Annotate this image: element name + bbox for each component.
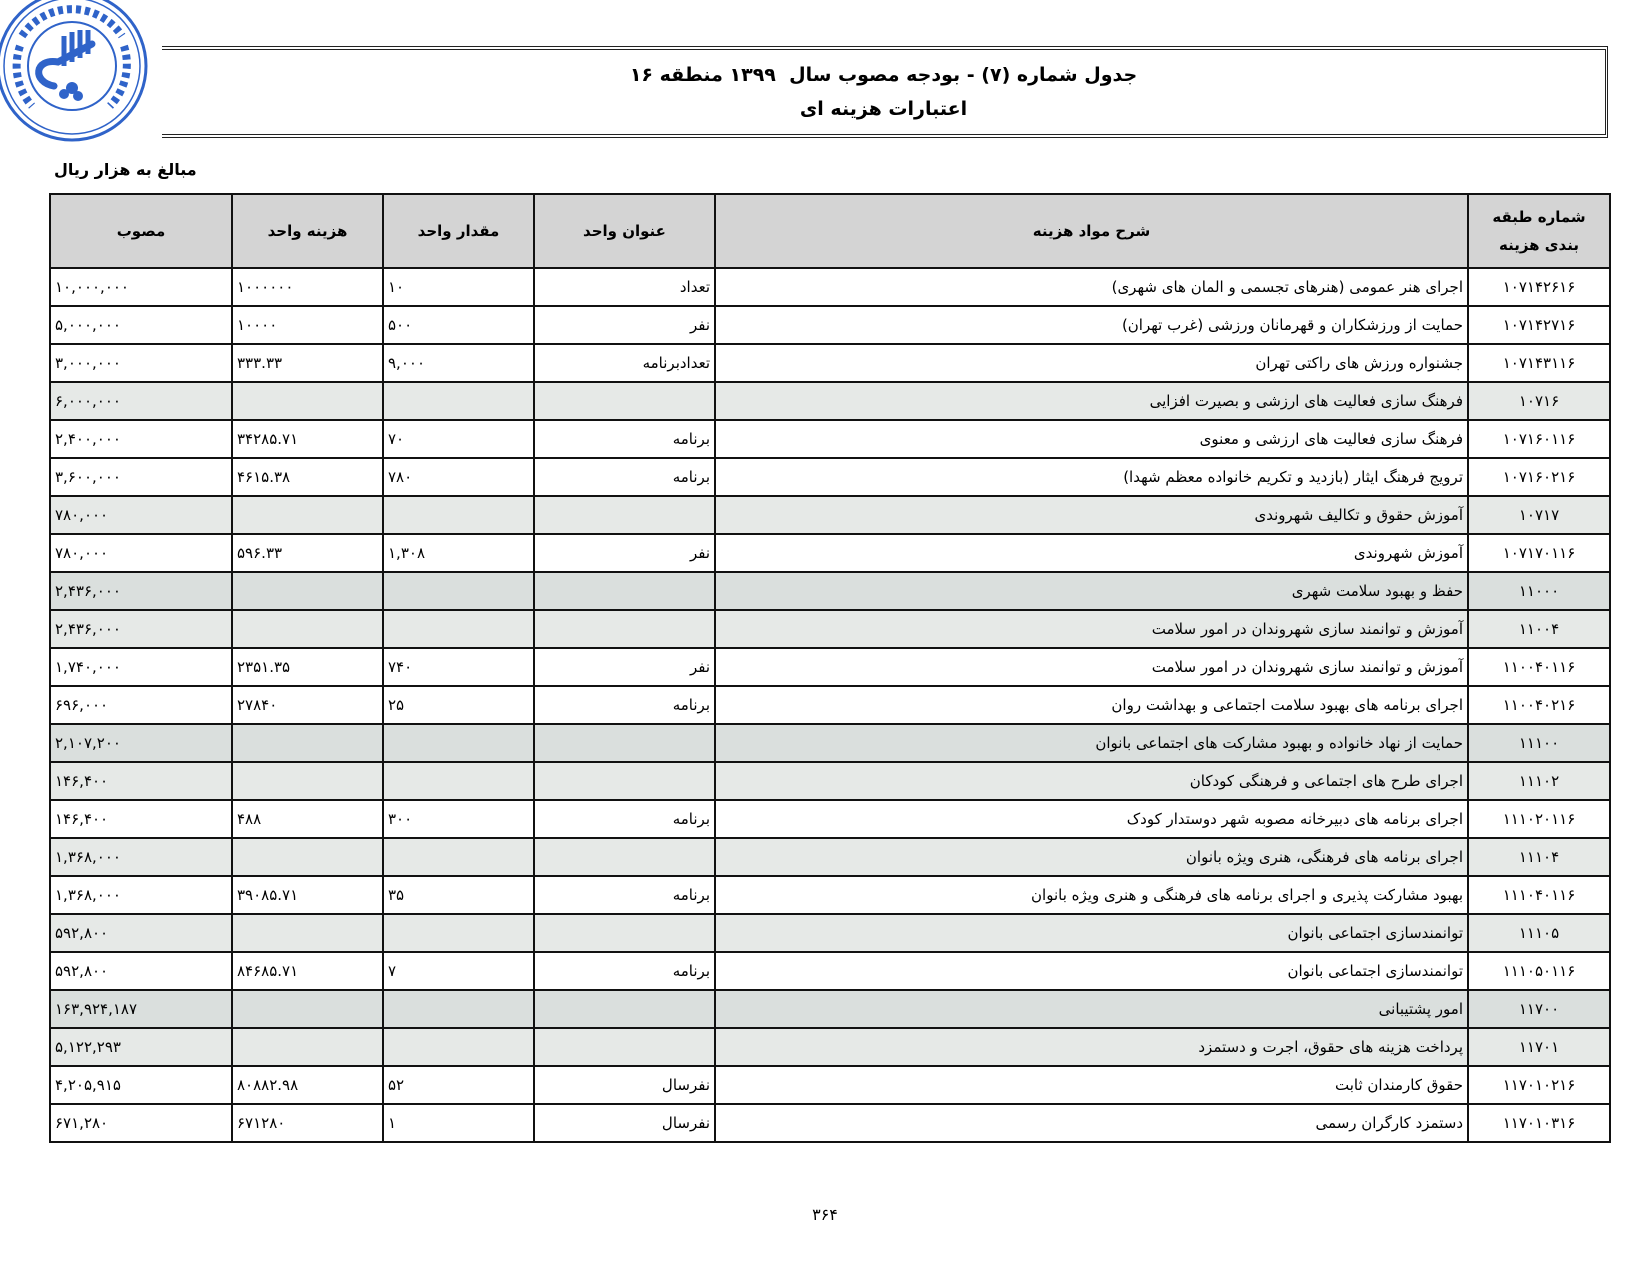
table-row: ۱۱۰۰۴آموزش و توانمند سازی شهروندان در ام… [50,610,1610,648]
cell-unit-quantity: ۲۵ [383,686,534,724]
cell-unit-title: برنامه [534,458,715,496]
table-row: ۱۱۱۰۵توانمندسازی اجتماعی بانوان۵۹۲,۸۰۰ [50,914,1610,952]
table-row: ۱۱۱۰۴اجرای برنامه های فرهنگی، هنری ویژه … [50,838,1610,876]
cell-unit-title: برنامه [534,952,715,990]
document-subtitle: اعتبارات هزینه ای [800,92,967,126]
table-row: ۱۰۷۱۴۲۷۱۶حمایت از ورزشکاران و قهرمانان و… [50,306,1610,344]
cell-approved: ۱,۷۴۰,۰۰۰ [50,648,232,686]
table-row: ۱۱۱۰۴۰۱۱۶بهبود مشارکت پذیری و اجرای برنا… [50,876,1610,914]
cell-unit-quantity: ۳۰۰ [383,800,534,838]
cell-description: حمایت از نهاد خانواده و بهبود مشارکت های… [715,724,1468,762]
seal-emblem-icon [0,0,152,146]
cell-unit-cost [232,496,383,534]
cell-approved: ۴,۲۰۵,۹۱۵ [50,1066,232,1104]
cell-approved: ۲,۴۳۶,۰۰۰ [50,572,232,610]
document-title: جدول شماره (۷) - بودجه مصوب سال ۱۳۹۹ منط… [630,58,1137,92]
cell-unit-quantity [383,610,534,648]
cell-unit-quantity [383,1028,534,1066]
cell-code: ۱۱۷۰۰ [1468,990,1610,1028]
cell-code: ۱۱۷۰۱۰۳۱۶ [1468,1104,1610,1142]
council-seal-stamp [0,0,152,146]
table-row: ۱۰۷۱۶۰۱۱۶فرهنگ سازی فعالیت های ارزشی و م… [50,420,1610,458]
cell-unit-cost [232,610,383,648]
cell-unit-cost: ۱۰۰۰۰ [232,306,383,344]
cell-unit-title [534,838,715,876]
cell-approved: ۲,۱۰۷,۲۰۰ [50,724,232,762]
cell-approved: ۱۰,۰۰۰,۰۰۰ [50,268,232,306]
cell-unit-quantity: ۹,۰۰۰ [383,344,534,382]
cell-unit-quantity [383,990,534,1028]
cell-description: اجرای طرح های اجتماعی و فرهنگی کودکان [715,762,1468,800]
table-row: ۱۱۱۰۲اجرای طرح های اجتماعی و فرهنگی کودک… [50,762,1610,800]
cell-unit-title: نفر [534,648,715,686]
cell-unit-quantity: ۷۴۰ [383,648,534,686]
cell-unit-title [534,762,715,800]
cell-description: آموزش شهروندی [715,534,1468,572]
table-row: ۱۰۷۱۶فرهنگ سازی فعالیت های ارزشی و بصیرت… [50,382,1610,420]
column-header-unit-quantity: مقدار واحد [383,194,534,268]
cell-description: آموزش و توانمند سازی شهروندان در امور سل… [715,610,1468,648]
cell-unit-quantity [383,382,534,420]
cell-unit-quantity [383,838,534,876]
table-row: ۱۰۷۱۴۳۱۱۶جشنواره ورزش های راکتی تهرانتعد… [50,344,1610,382]
cell-unit-cost: ۵۹۶.۳۳ [232,534,383,572]
cell-unit-title: برنامه [534,800,715,838]
cell-unit-cost: ۲۷۸۴۰ [232,686,383,724]
cell-approved: ۵,۰۰۰,۰۰۰ [50,306,232,344]
cell-unit-title [534,572,715,610]
cell-unit-quantity: ۷۰ [383,420,534,458]
cell-unit-cost: ۴۶۱۵.۳۸ [232,458,383,496]
cell-unit-cost [232,914,383,952]
cell-description: اجرای هنر عمومی (هنرهای تجسمی و المان ها… [715,268,1468,306]
cell-description: بهبود مشارکت پذیری و اجرای برنامه های فر… [715,876,1468,914]
cell-unit-quantity [383,914,534,952]
cell-code: ۱۱۱۰۴ [1468,838,1610,876]
cell-description: فرهنگ سازی فعالیت های ارزشی و بصیرت افزا… [715,382,1468,420]
table-row: ۱۱۰۰۰حفظ و بهبود سلامت شهری۲,۴۳۶,۰۰۰ [50,572,1610,610]
document-title-box: جدول شماره (۷) - بودجه مصوب سال ۱۳۹۹ منط… [162,46,1608,138]
column-header-unit-title: عنوان واحد [534,194,715,268]
cell-unit-cost [232,990,383,1028]
currency-units-note: مبالغ به هزار ریال [54,160,197,179]
cell-code: ۱۱۱۰۵۰۱۱۶ [1468,952,1610,990]
cell-code: ۱۰۷۱۶۰۲۱۶ [1468,458,1610,496]
table-row: ۱۱۰۰۴۰۲۱۶اجرای برنامه های بهبود سلامت اج… [50,686,1610,724]
cell-code: ۱۰۷۱۷ [1468,496,1610,534]
cell-approved: ۱۴۶,۴۰۰ [50,762,232,800]
cell-approved: ۷۸۰,۰۰۰ [50,496,232,534]
cell-approved: ۲,۴۳۶,۰۰۰ [50,610,232,648]
table-row: ۱۰۷۱۷آموزش حقوق و تکالیف شهروندی۷۸۰,۰۰۰ [50,496,1610,534]
table-row: ۱۱۱۰۲۰۱۱۶اجرای برنامه های دبیرخانه مصوبه… [50,800,1610,838]
cell-code: ۱۱۰۰۴۰۲۱۶ [1468,686,1610,724]
cell-unit-title: برنامه [534,876,715,914]
cell-unit-quantity [383,724,534,762]
table-row: ۱۱۱۰۵۰۱۱۶توانمندسازی اجتماعی بانوانبرنام… [50,952,1610,990]
cell-code: ۱۱۱۰۵ [1468,914,1610,952]
cell-description: جشنواره ورزش های راکتی تهران [715,344,1468,382]
cell-unit-cost [232,572,383,610]
cell-unit-title [534,990,715,1028]
cell-unit-quantity [383,496,534,534]
cell-unit-title: تعدادبرنامه [534,344,715,382]
cell-code: ۱۱۱۰۲ [1468,762,1610,800]
cell-unit-quantity: ۷ [383,952,534,990]
cell-approved: ۷۸۰,۰۰۰ [50,534,232,572]
cell-unit-cost: ۴۸۸ [232,800,383,838]
cell-unit-title [534,382,715,420]
cell-description: آموزش و توانمند سازی شهروندان در امور سل… [715,648,1468,686]
cell-description: توانمندسازی اجتماعی بانوان [715,914,1468,952]
cell-code: ۱۰۷۱۴۲۶۱۶ [1468,268,1610,306]
cell-approved: ۳,۶۰۰,۰۰۰ [50,458,232,496]
table-row: ۱۱۷۰۱پرداخت هزینه های حقوق، اجرت و دستمز… [50,1028,1610,1066]
cell-unit-quantity: ۳۵ [383,876,534,914]
table-row: ۱۰۷۱۴۲۶۱۶اجرای هنر عمومی (هنرهای تجسمی و… [50,268,1610,306]
column-header-unit-cost: هزینه واحد [232,194,383,268]
column-header-code: شماره طبقه بندی هزینه [1468,194,1610,268]
cell-unit-cost [232,724,383,762]
cell-unit-quantity: ۷۸۰ [383,458,534,496]
table-row: ۱۱۷۰۰امور پشتیبانی۱۶۳,۹۲۴,۱۸۷ [50,990,1610,1028]
cell-code: ۱۱۱۰۰ [1468,724,1610,762]
cell-unit-title: نفر [534,534,715,572]
cell-description: دستمزد کارگران رسمی [715,1104,1468,1142]
cell-unit-cost: ۱۰۰۰۰۰۰ [232,268,383,306]
cell-unit-cost: ۲۳۵۱.۳۵ [232,648,383,686]
cell-approved: ۲,۴۰۰,۰۰۰ [50,420,232,458]
cell-approved: ۶۹۶,۰۰۰ [50,686,232,724]
cell-unit-title [534,724,715,762]
cell-code: ۱۰۷۱۶ [1468,382,1610,420]
cell-unit-cost [232,838,383,876]
cell-code: ۱۱۱۰۴۰۱۱۶ [1468,876,1610,914]
cell-unit-quantity: ۵۰۰ [383,306,534,344]
cell-approved: ۱,۳۶۸,۰۰۰ [50,876,232,914]
table-row: ۱۰۷۱۶۰۲۱۶ترویج فرهنگ ایثار (بازدید و تکر… [50,458,1610,496]
cell-unit-title [534,496,715,534]
cell-unit-title: نفرسال [534,1104,715,1142]
cell-code: ۱۰۷۱۷۰۱۱۶ [1468,534,1610,572]
cell-unit-quantity: ۱۰ [383,268,534,306]
cell-description: اجرای برنامه های فرهنگی، هنری ویژه بانوا… [715,838,1468,876]
cell-approved: ۱,۳۶۸,۰۰۰ [50,838,232,876]
cell-description: امور پشتیبانی [715,990,1468,1028]
cell-approved: ۵۹۲,۸۰۰ [50,952,232,990]
cell-approved: ۵۹۲,۸۰۰ [50,914,232,952]
cell-description: پرداخت هزینه های حقوق، اجرت و دستمزد [715,1028,1468,1066]
cell-description: اجرای برنامه های دبیرخانه مصوبه شهر دوست… [715,800,1468,838]
cell-code: ۱۱۰۰۴ [1468,610,1610,648]
cell-unit-title: تعداد [534,268,715,306]
cell-approved: ۶۷۱,۲۸۰ [50,1104,232,1142]
cell-unit-cost: ۳۳۳.۳۳ [232,344,383,382]
cell-approved: ۵,۱۲۲,۲۹۳ [50,1028,232,1066]
cell-unit-quantity: ۵۲ [383,1066,534,1104]
cell-code: ۱۰۷۱۴۲۷۱۶ [1468,306,1610,344]
cell-description: حفظ و بهبود سلامت شهری [715,572,1468,610]
cell-approved: ۱۶۳,۹۲۴,۱۸۷ [50,990,232,1028]
cell-description: فرهنگ سازی فعالیت های ارزشی و معنوی [715,420,1468,458]
cell-code: ۱۰۷۱۴۳۱۱۶ [1468,344,1610,382]
cell-unit-title [534,914,715,952]
table-row: ۱۱۱۰۰حمایت از نهاد خانواده و بهبود مشارک… [50,724,1610,762]
table-row: ۱۱۰۰۴۰۱۱۶آموزش و توانمند سازی شهروندان د… [50,648,1610,686]
table-row: ۱۰۷۱۷۰۱۱۶آموزش شهروندینفر۱,۳۰۸۵۹۶.۳۳۷۸۰,… [50,534,1610,572]
table-header-row: شماره طبقه بندی هزینه شرح مواد هزینه عنو… [50,194,1610,268]
cell-unit-quantity: ۱,۳۰۸ [383,534,534,572]
cell-unit-quantity [383,572,534,610]
column-header-approved: مصوب [50,194,232,268]
cell-description: حقوق کارمندان ثابت [715,1066,1468,1104]
cell-unit-title: نفرسال [534,1066,715,1104]
cell-unit-title: برنامه [534,686,715,724]
cell-code: ۱۱۷۰۱ [1468,1028,1610,1066]
page-number: ۳۶۴ [0,1205,1650,1224]
cell-unit-title [534,610,715,648]
budget-table: شماره طبقه بندی هزینه شرح مواد هزینه عنو… [49,193,1611,1143]
cell-approved: ۱۴۶,۴۰۰ [50,800,232,838]
cell-unit-title: نفر [534,306,715,344]
cell-code: ۱۱۱۰۲۰۱۱۶ [1468,800,1610,838]
cell-unit-title [534,1028,715,1066]
column-header-description: شرح مواد هزینه [715,194,1468,268]
cell-unit-cost: ۶۷۱۲۸۰ [232,1104,383,1142]
table-row: ۱۱۷۰۱۰۲۱۶حقوق کارمندان ثابتنفرسال۵۲۸۰۸۸۲… [50,1066,1610,1104]
table-row: ۱۱۷۰۱۰۳۱۶دستمزد کارگران رسمینفرسال۱۶۷۱۲۸… [50,1104,1610,1142]
cell-code: ۱۱۰۰۴۰۱۱۶ [1468,648,1610,686]
cell-unit-quantity [383,762,534,800]
cell-unit-cost: ۸۴۶۸۵.۷۱ [232,952,383,990]
cell-unit-quantity: ۱ [383,1104,534,1142]
cell-description: توانمندسازی اجتماعی بانوان [715,952,1468,990]
cell-unit-cost: ۳۹۰۸۵.۷۱ [232,876,383,914]
cell-unit-cost [232,762,383,800]
cell-unit-cost: ۳۴۲۸۵.۷۱ [232,420,383,458]
cell-code: ۱۱۰۰۰ [1468,572,1610,610]
cell-unit-cost: ۸۰۸۸۲.۹۸ [232,1066,383,1104]
table-body: ۱۰۷۱۴۲۶۱۶اجرای هنر عمومی (هنرهای تجسمی و… [50,268,1610,1142]
cell-code: ۱۱۷۰۱۰۲۱۶ [1468,1066,1610,1104]
cell-unit-cost [232,1028,383,1066]
cell-description: حمایت از ورزشکاران و قهرمانان ورزشی (غرب… [715,306,1468,344]
cell-description: آموزش حقوق و تکالیف شهروندی [715,496,1468,534]
cell-unit-title: برنامه [534,420,715,458]
cell-description: ترویج فرهنگ ایثار (بازدید و تکریم خانواد… [715,458,1468,496]
cell-description: اجرای برنامه های بهبود سلامت اجتماعی و ب… [715,686,1468,724]
cell-unit-cost [232,382,383,420]
cell-approved: ۳,۰۰۰,۰۰۰ [50,344,232,382]
cell-approved: ۶,۰۰۰,۰۰۰ [50,382,232,420]
cell-code: ۱۰۷۱۶۰۱۱۶ [1468,420,1610,458]
